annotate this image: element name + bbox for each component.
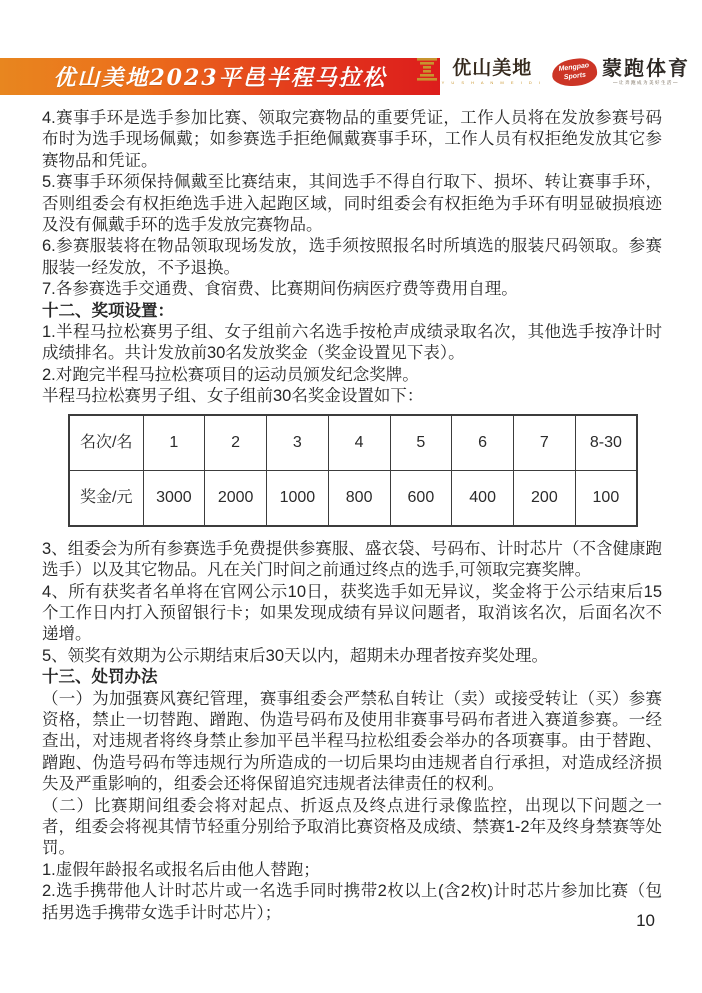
yushanmeidi-text: 优山美地 Y U S H A N M E I D I xyxy=(442,59,543,85)
mountain-ripple-icon xyxy=(416,56,438,89)
rule-item-7: 7.各参赛选手交通费、食宿费、比赛期间伤病医疗费等费用自理。 xyxy=(42,279,662,300)
prize-table-intro: 半程马拉松赛男子组、女子组前30名奖金设置如下： xyxy=(42,386,662,407)
section-13-item-1: 1.虚假年龄报名或报名后由他人替跑； xyxy=(42,860,662,881)
table-cell: 800 xyxy=(328,470,390,526)
section-13-para-2: （二）比赛期间组委会将对起点、折返点及终点进行录像监控，出现以下问题之一者，组委… xyxy=(42,796,662,860)
mengpao-badge-icon: Mengpao Sports xyxy=(551,56,599,88)
table-cell: 1000 xyxy=(267,470,329,526)
table-cell: 5 xyxy=(390,415,452,471)
page-number: 10 xyxy=(636,911,655,931)
rule-item-6: 6.参赛服装将在物品领取现场发放，选手须按照报名时所填选的服装尺码领取。参赛服装… xyxy=(42,236,662,279)
section-12-item-1: 1.半程马拉松赛男子组、女子组前六名选手按枪声成绩录取名次，其他选手按净计时成绩… xyxy=(42,322,662,365)
section-13-para-1: （一）为加强赛风赛纪管理，赛事组委会严禁私自转让（卖）或接受转让（买）参赛资格，… xyxy=(42,689,662,796)
mengpao-name: 蒙跑体育 xyxy=(602,58,690,78)
header-banner: 优山美地2023平邑半程马拉松 xyxy=(0,58,440,95)
section-12-item-5: 5、领奖有效期为公示期结束后30天以内，超期未办理者按弃奖处理。 xyxy=(42,646,662,667)
mengpao-logo: Mengpao Sports 蒙跑体育 —让奔跑成为美好生活— xyxy=(552,58,690,86)
table-cell: 1 xyxy=(143,415,205,471)
section-12-item-3: 3、组委会为所有参赛选手免费提供参赛服、盛衣袋、号码布、计时芯片（不含健康跑选手… xyxy=(42,539,662,582)
section-12-title: 十二、奖项设置： xyxy=(42,301,662,322)
mengpao-tagline: —让奔跑成为美好生活— xyxy=(613,80,679,86)
table-cell: 2000 xyxy=(205,470,267,526)
section-13-item-2: 2.选手携带他人计时芯片或一名选手同时携带2枚以上(含2枚)计时芯片参加比赛（包… xyxy=(42,881,662,924)
section-13-title: 十三、处罚办法 xyxy=(42,667,662,688)
table-cell: 100 xyxy=(575,470,637,526)
table-cell: 3 xyxy=(267,415,329,471)
prize-table-value-row: 奖金/元 3000 2000 1000 800 600 400 200 100 xyxy=(69,470,637,526)
section-12-item-2: 2.对跑完半程马拉松赛项目的运动员颁发纪念奖牌。 xyxy=(42,365,662,386)
table-cell: 200 xyxy=(514,470,576,526)
header-logos: 优山美地 Y U S H A N M E I D I Mengpao Sport… xyxy=(416,50,690,94)
table-cell: 7 xyxy=(514,415,576,471)
table-cell: 名次/名 xyxy=(69,415,143,471)
mengpao-text: 蒙跑体育 —让奔跑成为美好生活— xyxy=(602,58,690,86)
table-cell: 3000 xyxy=(143,470,205,526)
yushanmeidi-subtext: Y U S H A N M E I D I xyxy=(442,80,543,85)
table-cell: 400 xyxy=(452,470,514,526)
prize-table-header-row: 名次/名 1 2 3 4 5 6 7 8-30 xyxy=(69,415,637,471)
banner-title: 优山美地2023平邑半程马拉松 xyxy=(53,61,386,92)
table-cell: 奖金/元 xyxy=(69,470,143,526)
table-cell: 6 xyxy=(452,415,514,471)
rule-item-4: 4.赛事手环是选手参加比赛、领取完赛物品的重要凭证，工作人员将在发放参赛号码布时… xyxy=(42,108,662,172)
yushanmeidi-name: 优山美地 xyxy=(452,59,532,78)
prize-table: 名次/名 1 2 3 4 5 6 7 8-30 奖金/元 3000 2000 1… xyxy=(68,414,638,527)
yushanmeidi-logo: 优山美地 Y U S H A N M E I D I xyxy=(416,56,543,89)
rule-item-5: 5.赛事手环须保持佩戴至比赛结束，其间选手不得自行取下、损坏、转让赛事手环，否则… xyxy=(42,172,662,236)
document-page: 优山美地2023平邑半程马拉松 优山美地 Y U S H A N M E I D… xyxy=(0,0,702,993)
table-cell: 4 xyxy=(328,415,390,471)
table-cell: 600 xyxy=(390,470,452,526)
table-cell: 8-30 xyxy=(575,415,637,471)
section-12-item-4: 4、所有获奖者名单将在官网公示10日，获奖选手如无异议，奖金将于公示结束后15个… xyxy=(42,582,662,646)
document-body: 4.赛事手环是选手参加比赛、领取完赛物品的重要凭证，工作人员将在发放参赛号码布时… xyxy=(42,108,662,924)
table-cell: 2 xyxy=(205,415,267,471)
